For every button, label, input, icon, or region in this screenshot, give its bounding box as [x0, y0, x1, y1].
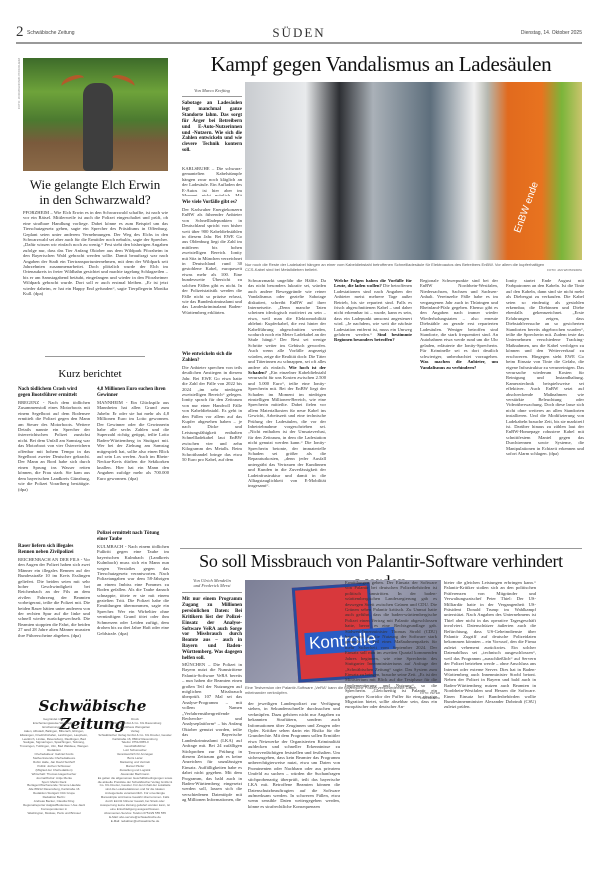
photo-credit: FOTO: JAN WOITAS/DPA [545, 268, 582, 273]
divider [180, 548, 582, 549]
kurz-berichtet-title: Kurz berichtet [0, 368, 180, 380]
divider [182, 96, 242, 97]
paragraph: Regionale Schwerpunkte sind bei der EnBW… [420, 278, 498, 359]
brief-body: REICHENBACH AN DER FILS - Vor den Augen … [18, 557, 90, 669]
article-text: Schwarzmarkt ungefähr die Hälfte. Da das… [248, 278, 326, 538]
article-text: Regionale Schwerpunkte sind bei der EnBW… [420, 278, 498, 538]
photo-credit: FOTO: ZOO/WILDPARK PFORZHEIM [17, 58, 21, 109]
section-title: SÜDEN [16, 25, 582, 41]
subheading: Wie viele Vorfälle gibt es? [182, 200, 242, 206]
byline: Von Ulrich Mendelin und Frederick Mersi [182, 578, 242, 588]
article-text: Die Anbieter sprechen von teils deutlich… [182, 365, 242, 538]
byline: Von Marco Krefting [182, 88, 242, 93]
impressum-left: Gegründet 1945 Erscheinungsweise Werktäg… [18, 718, 90, 868]
article-text: bieter die gleichen Leistungen erbringen… [444, 580, 536, 870]
enbw-sign-text: EnBW ende [512, 181, 541, 235]
brief-body: KULMBACH - Nach einem tödlichen Fußtritt… [97, 544, 169, 672]
headline-line: Wie gelangte Elch Erwin [20, 177, 170, 192]
article-text: Welche Folgen haben die Vorfälle für Leu… [334, 278, 412, 538]
brief-headline: Raser liefern sich illegales Rennen nebe… [18, 544, 90, 556]
author: und Frederick Mersi [182, 583, 242, 588]
page-header: 2 Schwäbische Zeitung SÜDEN Dienstag, 14… [16, 24, 582, 44]
article-text: MÜNCHEN – Die Polizei in Bayern nutzt di… [182, 662, 242, 870]
charging-station-photo: EnBW ende [245, 82, 582, 260]
brief-headline: Polizei ermittelt nach Tötung einer Taub… [97, 531, 169, 543]
article-text: der jeweiligen Landespolizei zur Verfügu… [248, 701, 340, 870]
subheading: Wie entwickeln sich die Zahlen? [182, 352, 242, 364]
paragraph: der jeweiligen Landespolizei zur Verfügu… [248, 701, 340, 755]
brief-body: BREGENZ - Nach dem tödlichen Zusammensto… [18, 400, 90, 530]
article-text: KARLSRUHE – Die schwarz-gemantelten Kabe… [182, 166, 242, 196]
elk-photo [23, 58, 168, 171]
paragraph: Die betroffenen Ladestationen sind nach … [334, 283, 412, 337]
divider [182, 592, 242, 593]
article-text: Ermittlungen geben. Der Einsatz der Soft… [345, 580, 437, 870]
subheading: Was machen die Anbieter, um Vandalismus … [420, 359, 498, 369]
paragraph: „Ein einzelner Kabeldiebstahl verursacht… [248, 370, 326, 489]
article-text: Der Karlsruher Energiekonzern EnBW als f… [182, 207, 242, 349]
elk-headline: Wie gelangte Elch Erwin in den Schwarzwa… [20, 177, 170, 207]
divider [45, 356, 145, 357]
brief-body: MANNHEIM - Ein Glückspilz aus Mannheim h… [97, 400, 169, 500]
paragraph: Um sicherzugehen, dass kein Beamter das … [248, 750, 340, 809]
photo-caption: Nur noch die Reste der Ladekabel hängen … [245, 262, 545, 272]
article-text: Ionity startet Ende August mit Farbpatro… [506, 278, 584, 538]
elk-article-body: PFORZHEIM – Wie Elch Erwin es in den Sch… [23, 210, 168, 340]
paragraph: Schwarzmarkt ungefähr die Hälfte. Da das… [248, 278, 326, 370]
headline-line: in den Schwarzwald? [20, 192, 170, 207]
brief-headline: 4,8 Millionen Euro suchen ihren Gewinner [97, 387, 169, 399]
ladesaeulen-headline: Kampf gegen Vandalismus an Ladesäulen [180, 52, 582, 77]
article-lead: Mit nur einem Programm Zugang zu Million… [182, 597, 242, 657]
issue-date: Dienstag, 14. Oktober 2025 [521, 30, 582, 36]
article-lead: Sabotage an Ladesäulen legt manchmal gan… [182, 101, 242, 161]
brief-headline: Nach tödlichem Crash wird gegen Bootsfüh… [18, 387, 90, 399]
impressum-right: Druck SV Druck GmbH & Co. KG Ravensburg … [97, 718, 173, 868]
